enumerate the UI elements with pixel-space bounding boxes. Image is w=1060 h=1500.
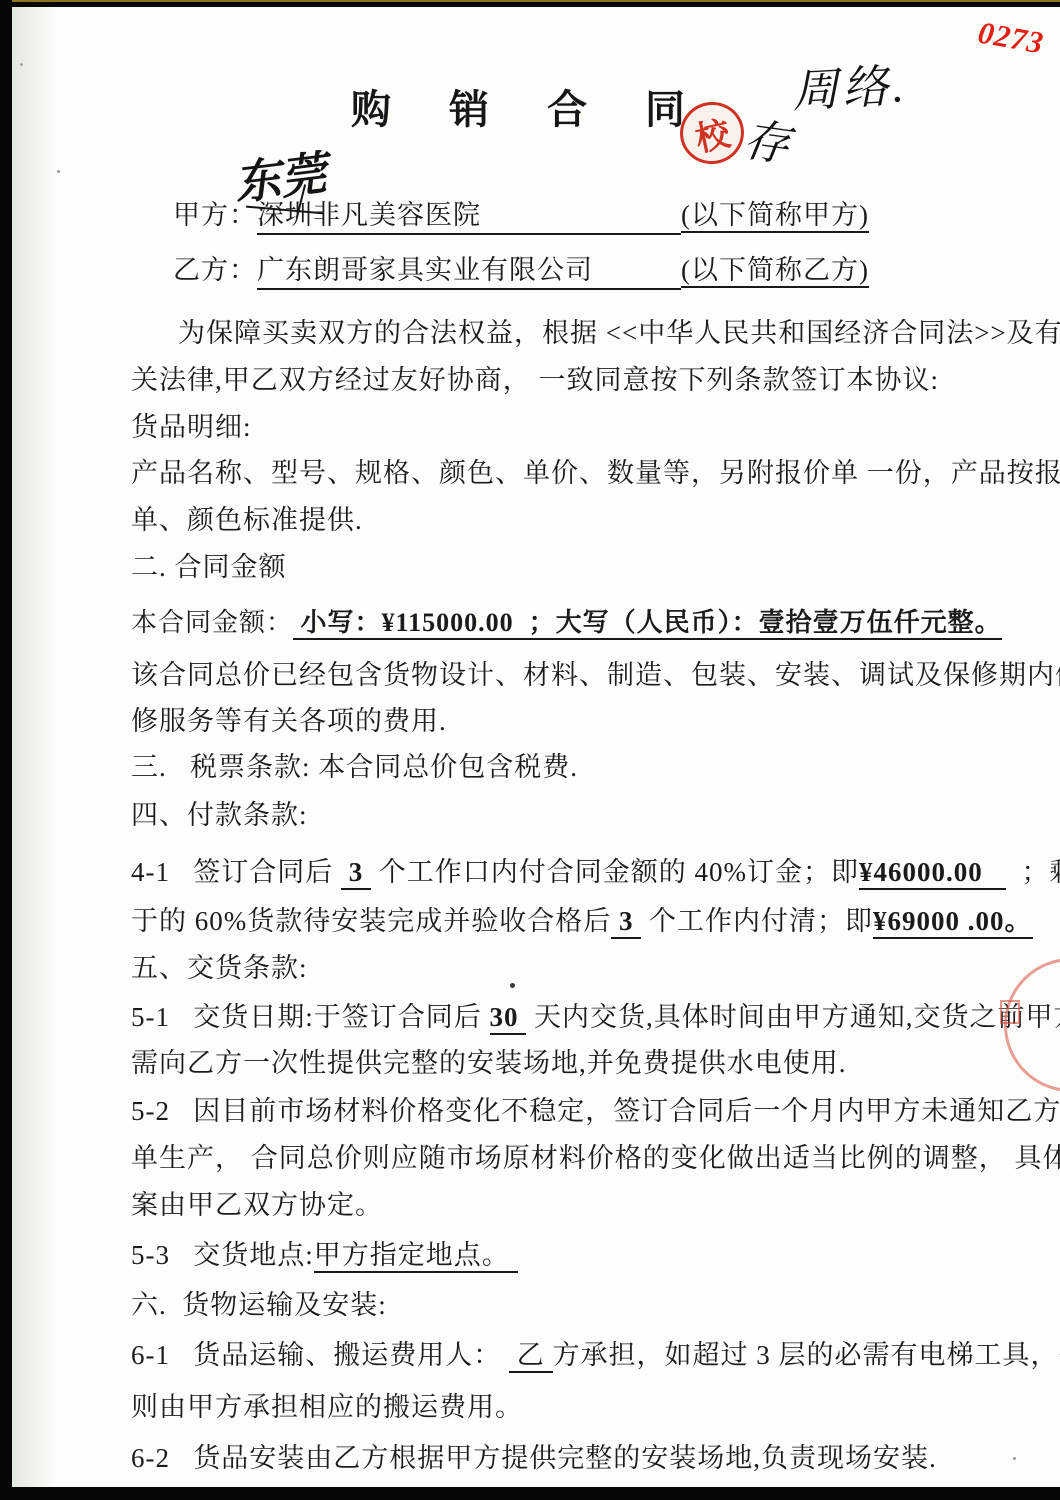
text-segment: 五、交货条款:: [131, 953, 308, 983]
scan-edge-bottom: [0, 1487, 1060, 1500]
text-segment: 5-1 交货日期:于签订合同后: [131, 1002, 490, 1032]
partial-red-seal-character: [1000, 1000, 1020, 1024]
text-segment: 二. 合同金额: [131, 552, 287, 582]
clause-4-1-line-2: 于的 60%货款待安装完成并验收合格后 3 个工作内付清；即¥69000 .00…: [131, 904, 1033, 938]
deposit-amount: ¥46000.00: [859, 857, 1006, 890]
text-segment: 则由甲方承担相应的搬运费用。: [131, 1392, 523, 1422]
delivery-days: 30: [490, 1002, 527, 1035]
preamble-line-1: 为保障买卖双方的合法权益，根据 <<中华人民共和国经济合同法>>及有: [178, 316, 1060, 350]
preamble-line-2: 关法律,甲乙双方经过友好协商， 一致同意按下列条款签订本协议:: [131, 363, 939, 397]
text-segment: 该合同总价已经包含货物设计、材料、制造、包装、安装、调试及保修期内保: [131, 660, 1060, 690]
section-4-heading: 四、付款条款:: [131, 798, 308, 832]
scan-edge-top: [0, 0, 1060, 7]
text-segment: 产品名称、型号、规格、颜色、单价、数量等，另附报价单 一份，产品按报价: [131, 458, 1060, 488]
goods-detail-line-1: 产品名称、型号、规格、颜色、单价、数量等，另附报价单 一份，产品按报价: [131, 456, 1060, 490]
section-2-heading: 二. 合同金额: [131, 550, 287, 584]
text-segment: 为保障买卖双方的合法权益，根据 <<中华人民共和国经济合同法>>及有: [178, 318, 1060, 348]
text-segment: 4-1 签订合同后: [131, 857, 341, 887]
party-b-line: 乙方：广东朗哥家具实业有限公司(以下简称乙方): [173, 253, 869, 290]
text-segment: 5-2 因目前市场材料价格变化不稳定，签订合同后一个月内甲方未通知乙方下: [131, 1096, 1060, 1126]
amount-note-line-2: 修服务等有关各项的费用.: [131, 704, 447, 738]
amount-note-line-1: 该合同总价已经包含货物设计、材料、制造、包装、安装、调试及保修期内保: [131, 658, 1060, 692]
text-segment: 单、颜色标准提供.: [131, 505, 363, 535]
clause-5-2-line-3: 案由甲乙双方协定。: [131, 1188, 383, 1222]
text-segment: 货品明细:: [131, 412, 252, 442]
clause-6-1-line-1: 6-1 货品运输、搬运费用人： 乙 方承担，如超过 3 层的必需有电梯工具，否: [131, 1338, 1060, 1372]
party-b-suffix: (以下简称乙方): [681, 255, 869, 288]
party-a-line: 甲方：深圳非凡美容医院(以下简称甲方): [173, 198, 869, 235]
scan-speck: [20, 63, 23, 66]
text-segment: 单生产， 合同总价则应随市场原材料价格的变化做出适当比例的调整， 具体方: [131, 1143, 1060, 1173]
text-segment: 个工作口内付合同金额的 40%订金；即: [371, 857, 859, 887]
text-segment: 5-3 交货地点:: [131, 1240, 314, 1270]
transport-payer: 乙: [509, 1340, 553, 1373]
text-segment: ；剩: [1006, 857, 1060, 887]
text-segment: 三. 税票条款: 本合同总价包含税费.: [131, 752, 578, 782]
text-segment: 案由甲乙双方协定。: [131, 1190, 383, 1220]
clause-5-1-line-2: 需向乙方一次性提供完整的安装场地,并免费提供水电使用.: [131, 1046, 847, 1080]
working-days-balance: 3: [611, 906, 641, 939]
text-segment: 四、付款条款:: [131, 800, 308, 830]
amount-value: 小写：¥115000.00 ；大写（人民币）：壹拾壹万伍仟元整。: [293, 608, 1002, 640]
text-segment: 方承担，如超过 3 层的必需有电梯工具，否: [553, 1340, 1060, 1370]
section-6-heading: 六. 货物运输及安装:: [131, 1288, 387, 1322]
text-segment: 修服务等有关各项的费用.: [131, 706, 447, 736]
scan-speck: [57, 170, 60, 173]
goods-detail-heading: 货品明细:: [131, 410, 252, 444]
contract-amount-line: 本合同金额： 小写：¥115000.00 ；大写（人民币）：壹拾壹万伍仟元整。: [131, 606, 1002, 640]
text-segment: 六. 货物运输及安装:: [131, 1290, 387, 1320]
text-segment: 关法律,甲乙双方经过友好协商， 一致同意按下列条款签订本协议:: [131, 365, 939, 395]
party-a-name: 深圳非凡美容医院: [257, 198, 681, 235]
text-segment: 6-1 货品运输、搬运费用人：: [131, 1340, 509, 1370]
clause-6-1-line-2: 则由甲方承担相应的搬运费用。: [131, 1390, 523, 1424]
section-3-line: 三. 税票条款: 本合同总价包含税费.: [131, 750, 578, 784]
goods-detail-line-2: 单、颜色标准提供.: [131, 503, 363, 537]
section-5-heading: 五、交货条款:: [131, 951, 308, 985]
amount-label: 本合同金额：: [131, 608, 293, 637]
text-segment: 需向乙方一次性提供完整的安装场地,并免费提供水电使用.: [131, 1048, 847, 1078]
text-segment: 6-2 货品安装由乙方根据甲方提供完整的安装场地,负责现场安装.: [131, 1443, 937, 1473]
partial-red-company-seal-icon: [1004, 958, 1060, 1092]
text-segment: 天内交货,具体时间由甲方通知,交货之前甲方: [526, 1002, 1060, 1032]
ink-speck: [510, 983, 515, 988]
clause-4-1-line-1: 4-1 签订合同后 3 个工作口内付合同金额的 40%订金；即¥46000.00…: [131, 855, 1060, 889]
clause-6-2-line: 6-2 货品安装由乙方根据甲方提供完整的安装场地,负责现场安装.: [131, 1441, 937, 1475]
scan-speck: [1013, 1457, 1016, 1460]
scan-margin-shade: [12, 7, 58, 1487]
working-days-deposit: 3: [341, 857, 371, 890]
delivery-place: 甲方指定地点。: [314, 1240, 518, 1273]
party-b-label: 乙方：: [173, 255, 257, 285]
contract-title: 购 销 合 同: [0, 78, 1060, 135]
party-b-name: 广东朗哥家具实业有限公司: [257, 253, 681, 290]
party-a-label: 甲方：: [173, 200, 257, 230]
balance-amount: ¥69000 .00。: [873, 906, 1033, 939]
text-segment: 个工作内付清；即: [641, 906, 873, 936]
handwritten-page-number: 0273: [975, 15, 1046, 62]
scan-edge-left: [0, 0, 12, 1500]
clause-5-2-line-2: 单生产， 合同总价则应随市场原材料价格的变化做出适当比例的调整， 具体方: [131, 1141, 1060, 1175]
clause-5-1-line-1: 5-1 交货日期:于签订合同后 30 天内交货,具体时间由甲方通知,交货之前甲方: [131, 1000, 1060, 1034]
clause-5-3-line: 5-3 交货地点:甲方指定地点。: [131, 1238, 518, 1272]
clause-5-2-line-1: 5-2 因目前市场材料价格变化不稳定，签订合同后一个月内甲方未通知乙方下: [131, 1094, 1060, 1128]
text-segment: 于的 60%货款待安装完成并验收合格后: [131, 906, 611, 936]
party-a-suffix: (以下简称甲方): [681, 200, 869, 233]
